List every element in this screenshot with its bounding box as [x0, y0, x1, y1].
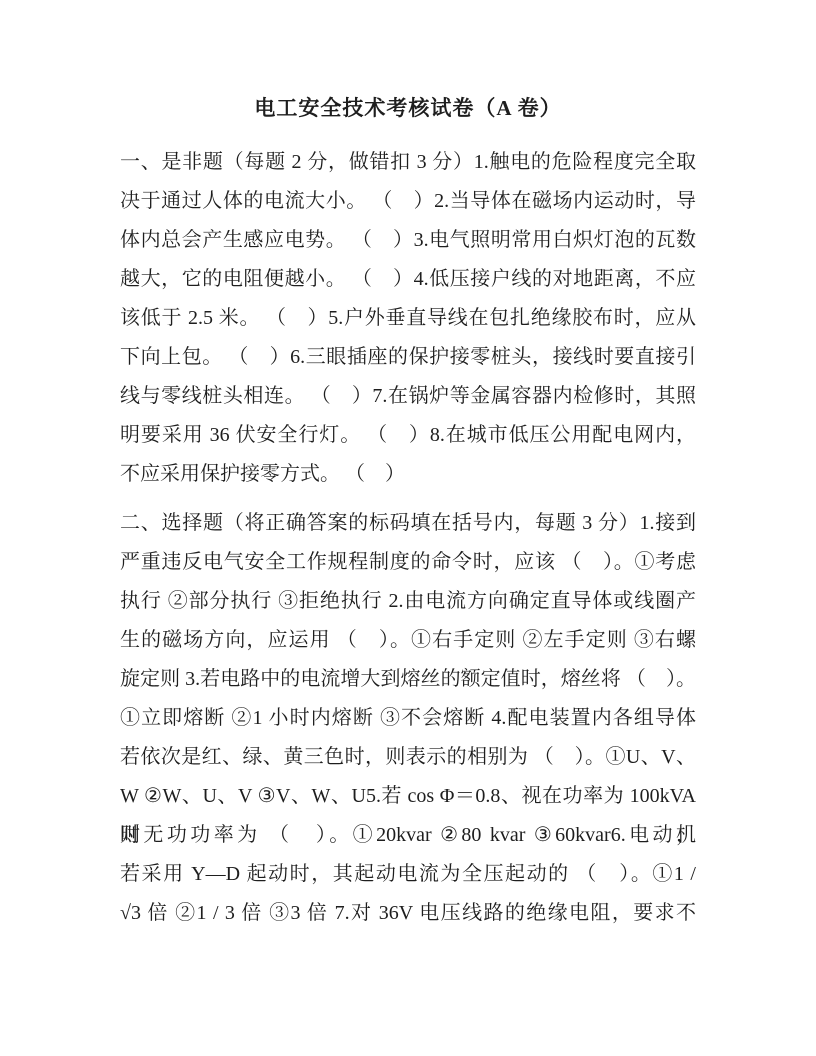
text-line: ①立即熔断 ②1 小时内熔断 ③不会熔断 4.配电装置内各组导体	[120, 699, 696, 738]
section-multiple-choice-questions: 二、选择题（将正确答案的标码填在括号内，每题 3 分）1.接到严重违反电气安全工…	[120, 504, 696, 933]
document-title: 电工安全技术考核试卷（A 卷）	[120, 95, 696, 121]
text-line: 旋定则 3.若电路中的电流增大到熔丝的额定值时，熔丝将 （ ）。	[120, 660, 696, 699]
text-line: 不应采用保护接零方式。 （ ）	[120, 455, 696, 494]
text-line: 若采用 Y—D 起动时，其起动电流为全压起动的 （ ）。①1 /	[120, 855, 696, 894]
text-line: 越大，它的电阻便越小。 （ ）4.低压接户线的对地距离，不应	[120, 260, 696, 299]
text-line: 该低于 2.5 米。 （ ）5.户外垂直导线在包扎绝缘胶布时，应从	[120, 299, 696, 338]
text-line: 决于通过人体的电流大小。 （ ）2.当导体在磁场内运动时，导	[120, 182, 696, 221]
text-line: 二、选择题（将正确答案的标码填在括号内，每题 3 分）1.接到	[120, 504, 696, 543]
text-line: 生的磁场方向，应运用 （ ）。①右手定则 ②左手定则 ③右螺	[120, 621, 696, 660]
text-line: 明要采用 36 伏安全行灯。 （ ）8.在城市低压公用配电网内，	[120, 416, 696, 455]
document-body: 一、是非题（每题 2 分，做错扣 3 分）1.触电的危险程度完全取决于通过人体的…	[120, 143, 696, 933]
text-line: 体内总会产生感应电势。 （ ）3.电气照明常用白炽灯泡的瓦数	[120, 221, 696, 260]
text-line: 则无功功率为 （ ）。①20kvar ②80 kvar ③60kvar6.电动机	[120, 816, 696, 855]
text-line: 一、是非题（每题 2 分，做错扣 3 分）1.触电的危险程度完全取	[120, 143, 696, 182]
text-line: 线与零线桩头相连。 （ ）7.在锅炉等金属容器内检修时，其照	[120, 377, 696, 416]
text-line: W ②W、U、V ③V、W、U5.若 cos Φ＝0.8、视在功率为 100kV…	[120, 777, 696, 816]
document-page: 电工安全技术考核试卷（A 卷） 一、是非题（每题 2 分，做错扣 3 分）1.触…	[0, 0, 816, 1056]
text-line: 严重违反电气安全工作规程制度的命令时，应该 （ ）。①考虑	[120, 543, 696, 582]
text-line: 若依次是红、绿、黄三色时，则表示的相别为 （ ）。①U、V、	[120, 738, 696, 777]
text-line: 执行 ②部分执行 ③拒绝执行 2.由电流方向确定直导体或线圈产	[120, 582, 696, 621]
text-line: √3 倍 ②1 / 3 倍 ③3 倍 7.对 36V 电压线路的绝缘电阻，要求不	[120, 894, 696, 933]
section-true-false-questions: 一、是非题（每题 2 分，做错扣 3 分）1.触电的危险程度完全取决于通过人体的…	[120, 143, 696, 494]
text-line: 下向上包。 （ ）6.三眼插座的保护接零桩头，接线时要直接引	[120, 338, 696, 377]
